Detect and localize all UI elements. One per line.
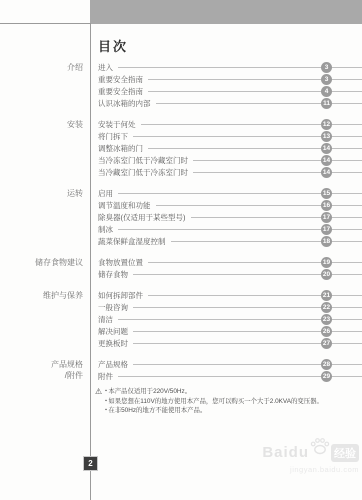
leader-line (148, 262, 321, 263)
toc-entry: 调整冰箱的门14 (98, 142, 362, 154)
page-number-badge: 28 (321, 359, 332, 370)
toc-entry-label: 重要安全指南 (98, 74, 143, 85)
toc-entry-label: 除臭器(仅适用于某些型号) (98, 212, 186, 223)
page-number-badge: 15 (321, 188, 332, 199)
page-number-badge: 23 (321, 314, 332, 325)
leader-line (133, 331, 321, 332)
leader-line (118, 193, 321, 194)
toc-entry: 制冰17 (98, 223, 362, 235)
leader-line (193, 160, 321, 161)
toc-entry-label: 制冰 (98, 224, 113, 235)
toc-entry-label: 储存食物 (98, 269, 128, 280)
toc-entry-label: 蔬菜保鲜盒湿度控制 (98, 236, 166, 247)
toc-section: 安装安装于何处12将门拆下13调整冰箱的门14当冷冻室门低于冷藏室门时14当冷藏… (0, 118, 362, 178)
section-label: 运转 (0, 187, 83, 247)
leader-tail (332, 343, 362, 344)
toc-section: 介绍进入3重要安全指南3重要安全指南4认识冰箱的内部11 (0, 61, 362, 109)
top-left-rule (0, 23, 90, 24)
toc-section: 运转启用15调节温度和功能16除臭器(仅适用于某些型号)17制冰17蔬菜保鲜盒湿… (0, 187, 362, 247)
leader-tail (332, 160, 362, 161)
toc-entry: 一般咨询22 (98, 301, 362, 313)
leader-tail (332, 67, 362, 68)
page-number-badge: 4 (321, 86, 332, 97)
leader-tail (332, 91, 362, 92)
manual-toc-page: 目次 介绍进入3重要安全指南3重要安全指南4认识冰箱的内部11安装安装于何处12… (0, 0, 362, 500)
leader-line (118, 229, 321, 230)
toc-entry-label: 调节温度和功能 (98, 200, 151, 211)
page-title: 目次 (98, 36, 128, 55)
toc-entry: 产品规格28 (98, 358, 362, 370)
section-label: 维护与保养 (0, 289, 83, 349)
toc-entry: 清洁23 (98, 313, 362, 325)
watermark-url: jingyan.baidu.com (262, 465, 359, 474)
page-number-badge: 18 (321, 236, 332, 247)
toc-entry: 当冷藏室门低于冷冻室门时14 (98, 166, 362, 178)
leader-line (133, 343, 321, 344)
page-number-badge: 13 (321, 131, 332, 142)
leader-line (118, 67, 321, 68)
section-entries: 如何拆卸部件21一般咨询22清洁23解决问题26更换板时27 (98, 289, 362, 349)
toc-entry-label: 清洁 (98, 314, 113, 325)
toc-section: 产品规格 /附件产品规格28附件29 (0, 358, 362, 382)
toc-entry: 如何拆卸部件21 (98, 289, 362, 301)
page-number-badge: 27 (321, 338, 332, 349)
leader-tail (332, 262, 362, 263)
leader-line (156, 205, 322, 206)
page-number-badge: 3 (321, 62, 332, 73)
leader-tail (332, 229, 362, 230)
toc-entry-label: 当冷藏室门低于冷冻室门时 (98, 167, 188, 178)
toc-entry-label: 解决问题 (98, 326, 128, 337)
note-item: 在非50Hz的地方不能使用本产品。 (105, 406, 323, 416)
leader-tail (332, 124, 362, 125)
leader-tail (332, 103, 362, 104)
page-number-badge: 26 (321, 326, 332, 337)
toc-entry-label: 一般咨询 (98, 302, 128, 313)
leader-tail (332, 307, 362, 308)
page-number-badge: 14 (321, 167, 332, 178)
watermark-suffix-text: 经验 (331, 444, 359, 462)
leader-line (133, 307, 321, 308)
toc-entry-label: 食物放置位置 (98, 257, 143, 268)
top-gray-band (90, 0, 362, 24)
leader-line (118, 319, 321, 320)
toc-entry: 将门拆下13 (98, 130, 362, 142)
toc-entry: 附件29 (98, 370, 362, 382)
leader-line (133, 274, 321, 275)
page-number-badge: 17 (321, 224, 332, 235)
page-number-badge: 21 (321, 290, 332, 301)
section-label: 储存食物建议 (0, 256, 83, 280)
page-number-badge: 22 (321, 302, 332, 313)
toc-entry-label: 如何拆卸部件 (98, 290, 143, 301)
leader-line (193, 172, 321, 173)
page-number-badge: 29 (321, 371, 332, 382)
toc-entry-label: 启用 (98, 188, 113, 199)
toc-section: 维护与保养如何拆卸部件21一般咨询22清洁23解决问题26更换板时27 (0, 289, 362, 349)
leader-line (148, 91, 321, 92)
leader-tail (332, 319, 362, 320)
watermark-logo-row: Baidu 经验 (262, 441, 359, 464)
page-number-badge: 17 (321, 212, 332, 223)
toc-entry: 重要安全指南3 (98, 73, 362, 85)
leader-line (133, 136, 321, 137)
toc-entry: 更换板时27 (98, 337, 362, 349)
notes-list: 本产品仅适用于220V/50Hz。如果您想在110V的地方使用本产品，您可以购买… (105, 387, 323, 416)
toc-entry: 食物放置位置19 (98, 256, 362, 268)
section-label: 产品规格 /附件 (0, 358, 83, 382)
section-entries: 产品规格28附件29 (98, 358, 362, 382)
leader-tail (332, 205, 362, 206)
voltage-notes: ⚠ 本产品仅适用于220V/50Hz。如果您想在110V的地方使用本产品，您可以… (95, 387, 356, 416)
toc-entry: 安装于何处12 (98, 118, 362, 130)
leader-tail (332, 193, 362, 194)
page-number-badge: 3 (321, 74, 332, 85)
toc-entry-label: 当冷冻室门低于冷藏室门时 (98, 155, 188, 166)
toc-entry: 认识冰箱的内部11 (98, 97, 362, 109)
leader-tail (332, 79, 362, 80)
leader-line (191, 217, 322, 218)
leader-tail (332, 295, 362, 296)
note-item: 如果您想在110V的地方使用本产品，您可以购买一个大于2.0KVA的变压器。 (105, 397, 323, 407)
leader-tail (332, 172, 362, 173)
watermark: Baidu 经验 jingyan.baidu.com (262, 441, 359, 474)
leader-tail (332, 274, 362, 275)
page-number-badge: 20 (321, 269, 332, 280)
toc-entry-label: 调整冰箱的门 (98, 143, 143, 154)
toc-entry-label: 更换板时 (98, 338, 128, 349)
section-entries: 启用15调节温度和功能16除臭器(仅适用于某些型号)17制冰17蔬菜保鲜盒湿度控… (98, 187, 362, 247)
toc-entry: 启用15 (98, 187, 362, 199)
leader-tail (332, 217, 362, 218)
section-entries: 安装于何处12将门拆下13调整冰箱的门14当冷冻室门低于冷藏室门时14当冷藏室门… (98, 118, 362, 178)
toc-entry: 储存食物20 (98, 268, 362, 280)
paw-icon (310, 437, 330, 460)
toc-entry: 当冷冻室门低于冷藏室门时14 (98, 154, 362, 166)
leader-line (156, 103, 322, 104)
toc-entry-label: 认识冰箱的内部 (98, 98, 151, 109)
warning-icon: ⚠ (95, 387, 102, 416)
toc-entry: 进入3 (98, 61, 362, 73)
toc-entry: 解决问题26 (98, 325, 362, 337)
toc-entry-label: 产品规格 (98, 359, 128, 370)
toc-entry-label: 附件 (98, 371, 113, 382)
leader-line (141, 124, 322, 125)
page-number-badge: 14 (321, 143, 332, 154)
leader-tail (332, 376, 362, 377)
toc-entry: 蔬菜保鲜盒湿度控制18 (98, 235, 362, 247)
toc-sections: 介绍进入3重要安全指南3重要安全指南4认识冰箱的内部11安装安装于何处12将门拆… (0, 61, 362, 391)
page-number-badge: 16 (321, 200, 332, 211)
leader-tail (332, 364, 362, 365)
leader-tail (332, 148, 362, 149)
leader-line (118, 376, 321, 377)
leader-line (171, 241, 322, 242)
toc-entry-label: 重要安全指南 (98, 86, 143, 97)
page-number-box: 2 (83, 456, 98, 471)
section-entries: 食物放置位置19储存食物20 (98, 256, 362, 280)
section-entries: 进入3重要安全指南3重要安全指南4认识冰箱的内部11 (98, 61, 362, 109)
toc-entry: 调节温度和功能16 (98, 199, 362, 211)
toc-entry: 除臭器(仅适用于某些型号)17 (98, 211, 362, 223)
toc-entry-label: 安装于何处 (98, 119, 136, 130)
page-number-badge: 14 (321, 155, 332, 166)
toc-entry-label: 将门拆下 (98, 131, 128, 142)
leader-line (148, 148, 321, 149)
toc-entry-label: 进入 (98, 62, 113, 73)
leader-tail (332, 241, 362, 242)
page-number-badge: 12 (321, 119, 332, 130)
toc-entry: 重要安全指南4 (98, 85, 362, 97)
leader-line (148, 295, 321, 296)
toc-section: 储存食物建议食物放置位置19储存食物20 (0, 256, 362, 280)
page-number-badge: 11 (321, 98, 332, 109)
leader-tail (332, 136, 362, 137)
leader-line (133, 364, 321, 365)
note-item: 本产品仅适用于220V/50Hz。 (105, 387, 323, 397)
leader-tail (332, 331, 362, 332)
section-label: 介绍 (0, 61, 83, 109)
watermark-brand-text: Baidu (262, 444, 309, 461)
section-label: 安装 (0, 118, 83, 178)
page-number-badge: 19 (321, 257, 332, 268)
leader-line (148, 79, 321, 80)
